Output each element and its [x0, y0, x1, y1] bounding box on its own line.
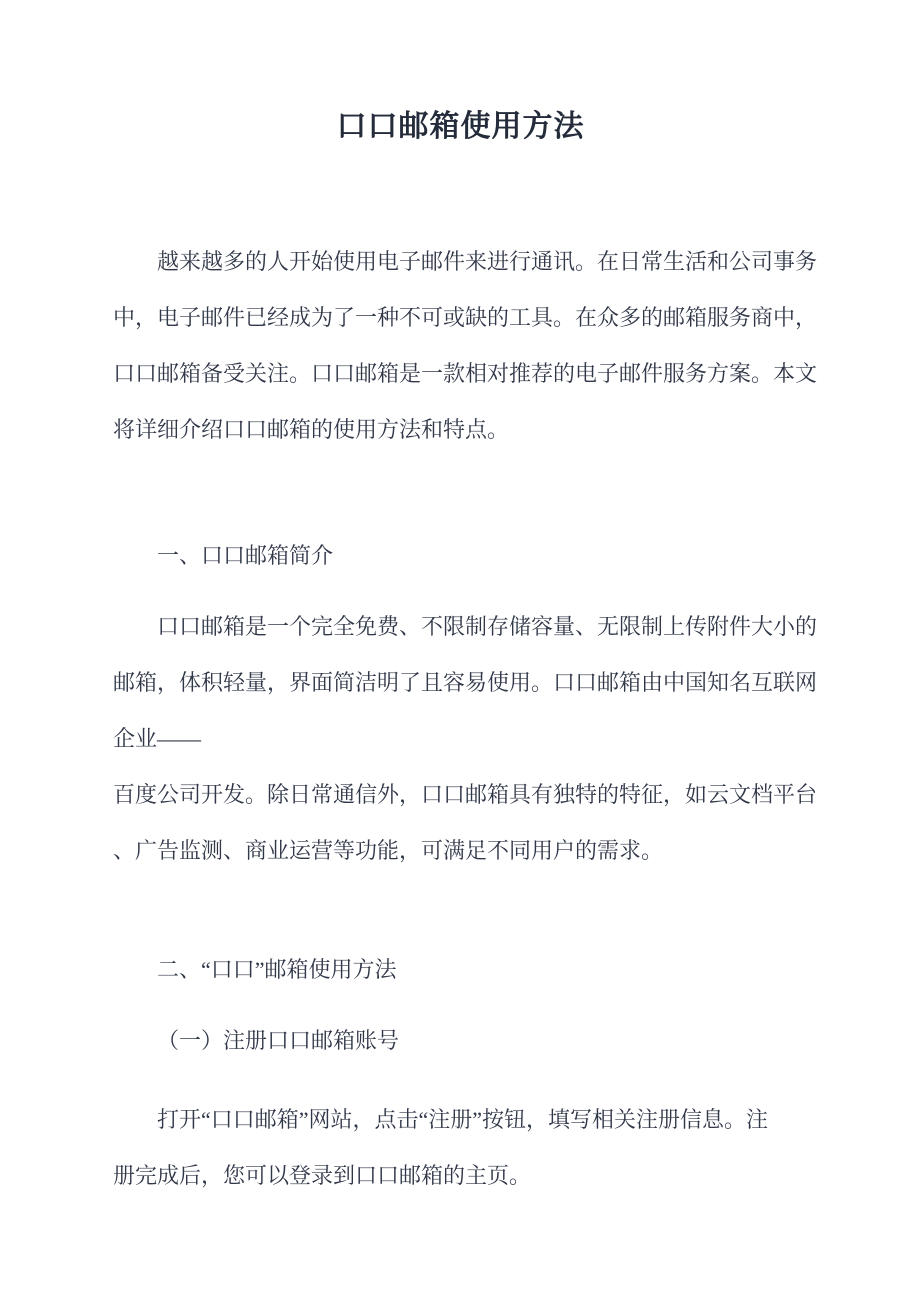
text-line: 打开“口口邮箱”网站，点击“注册”按钮，填写相关注册信息。注	[113, 1092, 808, 1148]
section2-heading: 二、“口口”邮箱使用方法	[113, 942, 808, 998]
text-line: 百度公司开发。除日常通信外，口口邮箱具有独特的特征，如云文档平台	[113, 767, 808, 823]
text-line: 越来越多的人开始使用电子邮件来进行通讯。在日常生活和公司事务	[113, 234, 808, 290]
text-line: 、广告监测、商业运营等功能，可满足不同用户的需求。	[113, 823, 808, 879]
document-title: 口口邮箱使用方法	[113, 107, 808, 147]
text-line: 邮箱，体积轻量，界面简洁明了且容易使用。口口邮箱由中国知名互联网	[113, 655, 808, 711]
section1-paragraph: 口口邮箱是一个完全免费、不限制存储容量、无限制上传附件大小的邮箱，体积轻量，界面…	[113, 599, 808, 879]
text-line: 企业——	[113, 711, 808, 767]
document-page: 口口邮箱使用方法 越来越多的人开始使用电子邮件来进行通讯。在日常生活和公司事务中…	[0, 0, 921, 1302]
section1-heading: 一、口口邮箱简介	[113, 528, 808, 584]
text-line: 册完成后，您可以登录到口口邮箱的主页。	[113, 1148, 808, 1204]
text-line: 中，电子邮件已经成为了一种不可或缺的工具。在众多的邮箱服务商中，	[113, 290, 808, 346]
section2-paragraph: 打开“口口邮箱”网站，点击“注册”按钮，填写相关注册信息。注册完成后，您可以登录…	[113, 1092, 808, 1204]
intro-paragraph: 越来越多的人开始使用电子邮件来进行通讯。在日常生活和公司事务中，电子邮件已经成为…	[113, 234, 808, 458]
text-line: 将详细介绍口口邮箱的使用方法和特点。	[113, 402, 808, 458]
section2-sub-heading: （一）注册口口邮箱账号	[113, 1013, 808, 1069]
text-line: 口口邮箱备受关注。口口邮箱是一款相对推荐的电子邮件服务方案。本文	[113, 346, 808, 402]
text-line: 口口邮箱是一个完全免费、不限制存储容量、无限制上传附件大小的	[113, 599, 808, 655]
